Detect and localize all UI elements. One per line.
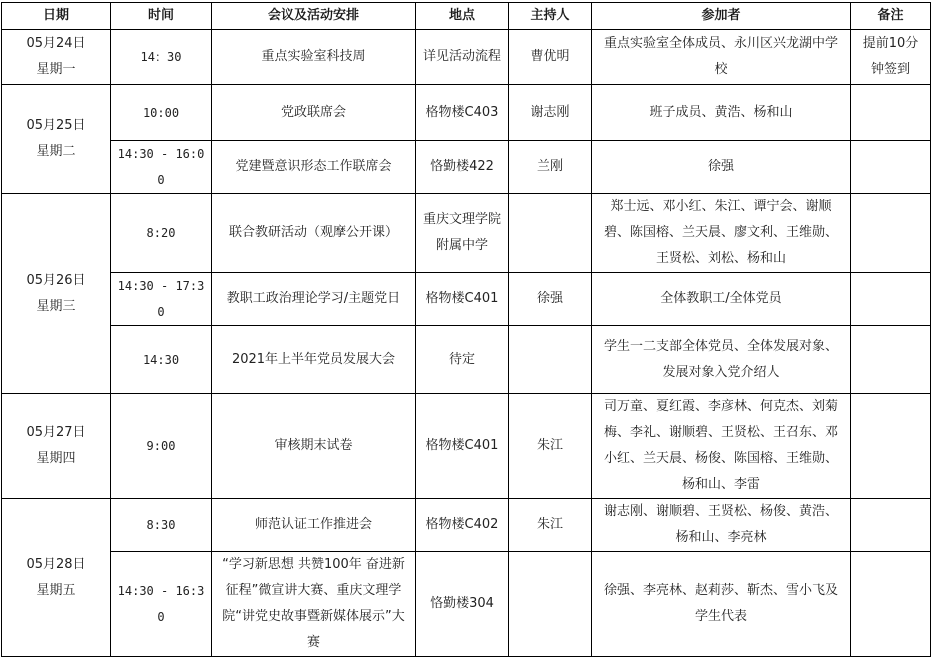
date-cell: 05月26日 星期三: [2, 194, 111, 394]
weekday: 星期五: [8, 578, 104, 604]
date: 05月24日: [8, 31, 104, 57]
date: 05月28日: [8, 552, 104, 578]
attendees-cell: 重点实验室全体成员、永川区兴龙湖中学校: [592, 30, 851, 85]
attendees-cell: 郑士远、邓小红、朱江、谭宁会、谢顺碧、陈国榕、兰天晨、廖文利、王维勋、王贤松、刘…: [592, 194, 851, 273]
date: 05月25日: [8, 113, 104, 139]
place-cell: 恪勤楼422: [416, 141, 509, 194]
table-row: 14:30 - 16:00 党建暨意识形态工作联席会 恪勤楼422 兰刚 徐强: [2, 141, 931, 194]
place-cell: 格物楼C402: [416, 499, 509, 552]
header-date: 日期: [2, 3, 111, 30]
weekday: 星期一: [8, 57, 104, 83]
table-row: 05月27日 星期四 9:00 审核期末试卷 格物楼C401 朱江 司万童、夏红…: [2, 394, 931, 499]
place-cell: 恪勤楼304: [416, 552, 509, 624]
host-cell: 朱江: [509, 499, 592, 552]
time-cell: 10:00: [111, 85, 212, 141]
date-cell: 05月27日 星期四: [2, 394, 111, 499]
time-cell: 14:30 - 17:30: [111, 273, 212, 326]
event-cell: 审核期末试卷: [212, 394, 416, 499]
place-cell: 重庆文理学院附属中学: [416, 194, 509, 273]
attendees-cell: 学生一二支部全体党员、全体发展对象、发展对象入党介绍人: [592, 326, 851, 394]
event-cell: 党政联席会: [212, 85, 416, 141]
event-cell: “学习新思想 共赞100年 奋进新征程”微宣讲大赛、重庆文理学院“讲党史故事暨新…: [212, 552, 416, 624]
header-row: 日期 时间 会议及活动安排 地点 主持人 参加者 备注: [2, 3, 931, 30]
table-row: 14:30 - 17:30 教职工政治理论学习/主题党日 格物楼C401 徐强 …: [2, 273, 931, 326]
attendees-cell: 谢志刚、谢顺碧、王贤松、杨俊、黄浩、杨和山、李亮林: [592, 499, 851, 552]
time-cell: 14:30: [111, 326, 212, 394]
event-cell: 师范认证工作推进会: [212, 499, 416, 552]
time-cell: 8:20: [111, 194, 212, 273]
note-cell: 提前10分钟签到: [851, 30, 931, 85]
place-cell: 格物楼C403: [416, 85, 509, 141]
event-cell: 重点实验室科技周: [212, 30, 416, 85]
host-cell: [509, 552, 592, 624]
attendees-cell: 司万童、夏红霞、李彦林、何克杰、刘菊梅、李礼、谢顺碧、王贤松、王召东、邓小红、兰…: [592, 394, 851, 499]
note-cell: [851, 394, 931, 499]
attendees-cell: 徐强、李亮林、赵莉莎、靳杰、雪小飞及学生代表: [592, 552, 851, 624]
attendees-cell: 班子成员、黄浩、杨和山: [592, 85, 851, 141]
table-row: 05月26日 星期三 8:20 联合教研活动（观摩公开课） 重庆文理学院附属中学…: [2, 194, 931, 273]
date: 05月27日: [8, 420, 104, 446]
place-cell: 待定: [416, 326, 509, 394]
date-cell: 05月28日 星期五: [2, 499, 111, 624]
table-row: 05月25日 星期二 10:00 党政联席会 格物楼C403 谢志刚 班子成员、…: [2, 85, 931, 141]
table-row: 05月28日 星期五 8:30 师范认证工作推进会 格物楼C402 朱江 谢志刚…: [2, 499, 931, 552]
time-cell: 14:30 - 16:30: [111, 552, 212, 624]
note-cell: [851, 326, 931, 394]
time-cell: 14：30: [111, 30, 212, 85]
table-row: 05月24日 星期一 14：30 重点实验室科技周 详见活动流程 曹优明 重点实…: [2, 30, 931, 85]
place-cell: 详见活动流程: [416, 30, 509, 85]
note-cell: [851, 273, 931, 326]
table-row: 14:30 - 16:30 “学习新思想 共赞100年 奋进新征程”微宣讲大赛、…: [2, 552, 931, 624]
host-cell: [509, 194, 592, 273]
attendees-cell: 徐强: [592, 141, 851, 194]
host-cell: 朱江: [509, 394, 592, 499]
note-cell: [851, 141, 931, 194]
weekday: 星期三: [8, 294, 104, 320]
header-time: 时间: [111, 3, 212, 30]
host-cell: 曹优明: [509, 30, 592, 85]
header-host: 主持人: [509, 3, 592, 30]
event-cell: 2021年上半年党员发展大会: [212, 326, 416, 394]
time-cell: 14:30 - 16:00: [111, 141, 212, 194]
time-cell: 8:30: [111, 499, 212, 552]
header-note: 备注: [851, 3, 931, 30]
table-row: 14:30 2021年上半年党员发展大会 待定 学生一二支部全体党员、全体发展对…: [2, 326, 931, 394]
time-cell: 9:00: [111, 394, 212, 499]
event-cell: 联合教研活动（观摩公开课）: [212, 194, 416, 273]
note-cell: [851, 552, 931, 624]
host-cell: 徐强: [509, 273, 592, 326]
weekly-schedule-table: 日期 时间 会议及活动安排 地点 主持人 参加者 备注 05月24日 星期一 1…: [1, 2, 931, 623]
weekday: 星期二: [8, 139, 104, 165]
date-cell: 05月24日 星期一: [2, 30, 111, 85]
header-attendees: 参加者: [592, 3, 851, 30]
host-cell: [509, 326, 592, 394]
weekday: 星期四: [8, 446, 104, 472]
attendees-cell: 全体教职工/全体党员: [592, 273, 851, 326]
place-cell: 格物楼C401: [416, 273, 509, 326]
header-event: 会议及活动安排: [212, 3, 416, 30]
event-cell: 教职工政治理论学习/主题党日: [212, 273, 416, 326]
host-cell: 谢志刚: [509, 85, 592, 141]
date-cell: 05月25日 星期二: [2, 85, 111, 194]
place-cell: 格物楼C401: [416, 394, 509, 499]
header-place: 地点: [416, 3, 509, 30]
date: 05月26日: [8, 268, 104, 294]
event-cell: 党建暨意识形态工作联席会: [212, 141, 416, 194]
note-cell: [851, 194, 931, 273]
host-cell: 兰刚: [509, 141, 592, 194]
note-cell: [851, 499, 931, 552]
note-cell: [851, 85, 931, 141]
